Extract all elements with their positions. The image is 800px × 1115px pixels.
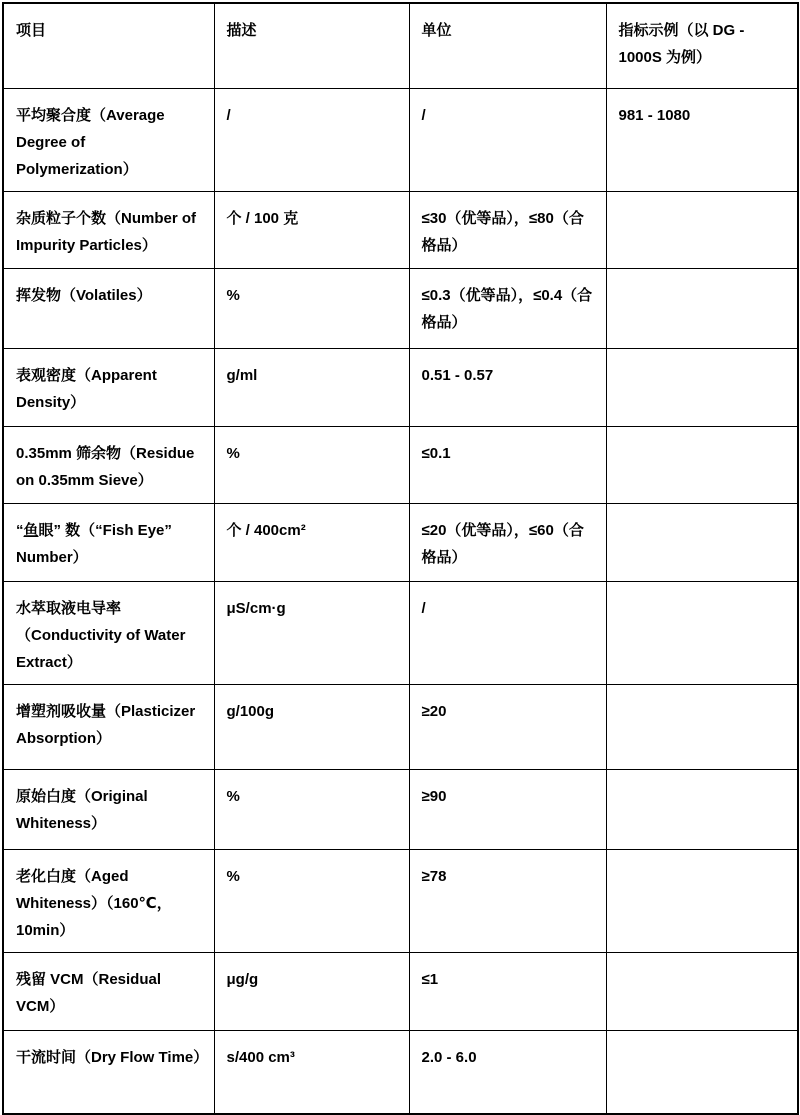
cell-description: μg/g — [214, 952, 409, 1030]
table-row: 水萃取液电导率（Conductivity of Water Extract） μ… — [3, 581, 798, 684]
cell-item: 0.35mm 筛余物（Residue on 0.35mm Sieve） — [3, 426, 214, 503]
cell-item: 水萃取液电导率（Conductivity of Water Extract） — [3, 581, 214, 684]
column-header-description: 描述 — [214, 3, 409, 88]
underlined-char: 鱼 — [24, 522, 39, 539]
cell-example: 981 - 1080 — [606, 88, 798, 191]
column-header-example: 指标示例（以 DG - 1000S 为例） — [606, 3, 798, 88]
table-row: 表观密度（Apparent Density） g/ml 0.51 - 0.57 — [3, 348, 798, 426]
table-row: 老化白度（Aged Whiteness）（160℃，10min） % ≥78 — [3, 849, 798, 952]
cell-example — [606, 191, 798, 268]
cell-description: 个 / 400cm² — [214, 503, 409, 581]
cell-unit: ≤0.1 — [409, 426, 606, 503]
cell-unit: ≥78 — [409, 849, 606, 952]
cell-description: % — [214, 769, 409, 849]
item-text: 眼” 数（“Fish Eye” Number） — [16, 522, 172, 566]
cell-unit: ≤20（优等品），≤60（合格品） — [409, 503, 606, 581]
table-row: 杂质粒子个数（Number of Impurity Particles） 个 /… — [3, 191, 798, 268]
table-row: “鱼眼” 数（“Fish Eye” Number） 个 / 400cm² ≤20… — [3, 503, 798, 581]
cell-example — [606, 849, 798, 952]
spec-table: 项目 描述 单位 指标示例（以 DG - 1000S 为例） 平均聚合度（Ave… — [2, 2, 799, 1115]
cell-unit: ≤30（优等品），≤80（合格品） — [409, 191, 606, 268]
cell-unit: ≤0.3（优等品），≤0.4（合格品） — [409, 268, 606, 348]
cell-item: 原始白度（Original Whiteness） — [3, 769, 214, 849]
header-row: 项目 描述 单位 指标示例（以 DG - 1000S 为例） — [3, 3, 798, 88]
cell-example — [606, 769, 798, 849]
table-row: 原始白度（Original Whiteness） % ≥90 — [3, 769, 798, 849]
cell-unit: 2.0 - 6.0 — [409, 1030, 606, 1114]
cell-example — [606, 581, 798, 684]
cell-unit: / — [409, 88, 606, 191]
cell-item: 干流时间（Dry Flow Time） — [3, 1030, 214, 1114]
cell-unit: ≥20 — [409, 684, 606, 769]
cell-example — [606, 348, 798, 426]
cell-example — [606, 952, 798, 1030]
table-row: 增塑剂吸收量（Plasticizer Absorption） g/100g ≥2… — [3, 684, 798, 769]
quote-open: “ — [16, 522, 24, 539]
cell-item: “鱼眼” 数（“Fish Eye” Number） — [3, 503, 214, 581]
cell-item: 平均聚合度（Average Degree of Polymerization） — [3, 88, 214, 191]
cell-example — [606, 268, 798, 348]
cell-description: / — [214, 88, 409, 191]
cell-description: 个 / 100 克 — [214, 191, 409, 268]
column-header-unit: 单位 — [409, 3, 606, 88]
cell-unit: ≤1 — [409, 952, 606, 1030]
cell-item: 增塑剂吸收量（Plasticizer Absorption） — [3, 684, 214, 769]
cell-item: 老化白度（Aged Whiteness）（160℃，10min） — [3, 849, 214, 952]
table-row: 平均聚合度（Average Degree of Polymerization） … — [3, 88, 798, 191]
table-row: 干流时间（Dry Flow Time） s/400 cm³ 2.0 - 6.0 — [3, 1030, 798, 1114]
cell-example — [606, 426, 798, 503]
table-row: 挥发物（Volatiles） % ≤0.3（优等品），≤0.4（合格品） — [3, 268, 798, 348]
cell-item: 杂质粒子个数（Number of Impurity Particles） — [3, 191, 214, 268]
cell-description: % — [214, 426, 409, 503]
cell-description: % — [214, 849, 409, 952]
cell-description: s/400 cm³ — [214, 1030, 409, 1114]
document-page: 项目 描述 单位 指标示例（以 DG - 1000S 为例） 平均聚合度（Ave… — [0, 0, 800, 1115]
table-row: 残留 VCM（Residual VCM） μg/g ≤1 — [3, 952, 798, 1030]
cell-item: 表观密度（Apparent Density） — [3, 348, 214, 426]
cell-description: % — [214, 268, 409, 348]
cell-example — [606, 503, 798, 581]
cell-description: g/100g — [214, 684, 409, 769]
cell-item: 残留 VCM（Residual VCM） — [3, 952, 214, 1030]
cell-unit: / — [409, 581, 606, 684]
cell-example — [606, 1030, 798, 1114]
table-row: 0.35mm 筛余物（Residue on 0.35mm Sieve） % ≤0… — [3, 426, 798, 503]
cell-unit: ≥90 — [409, 769, 606, 849]
cell-item: 挥发物（Volatiles） — [3, 268, 214, 348]
cell-unit: 0.51 - 0.57 — [409, 348, 606, 426]
cell-example — [606, 684, 798, 769]
cell-description: μS/cm·g — [214, 581, 409, 684]
column-header-item: 项目 — [3, 3, 214, 88]
cell-description: g/ml — [214, 348, 409, 426]
